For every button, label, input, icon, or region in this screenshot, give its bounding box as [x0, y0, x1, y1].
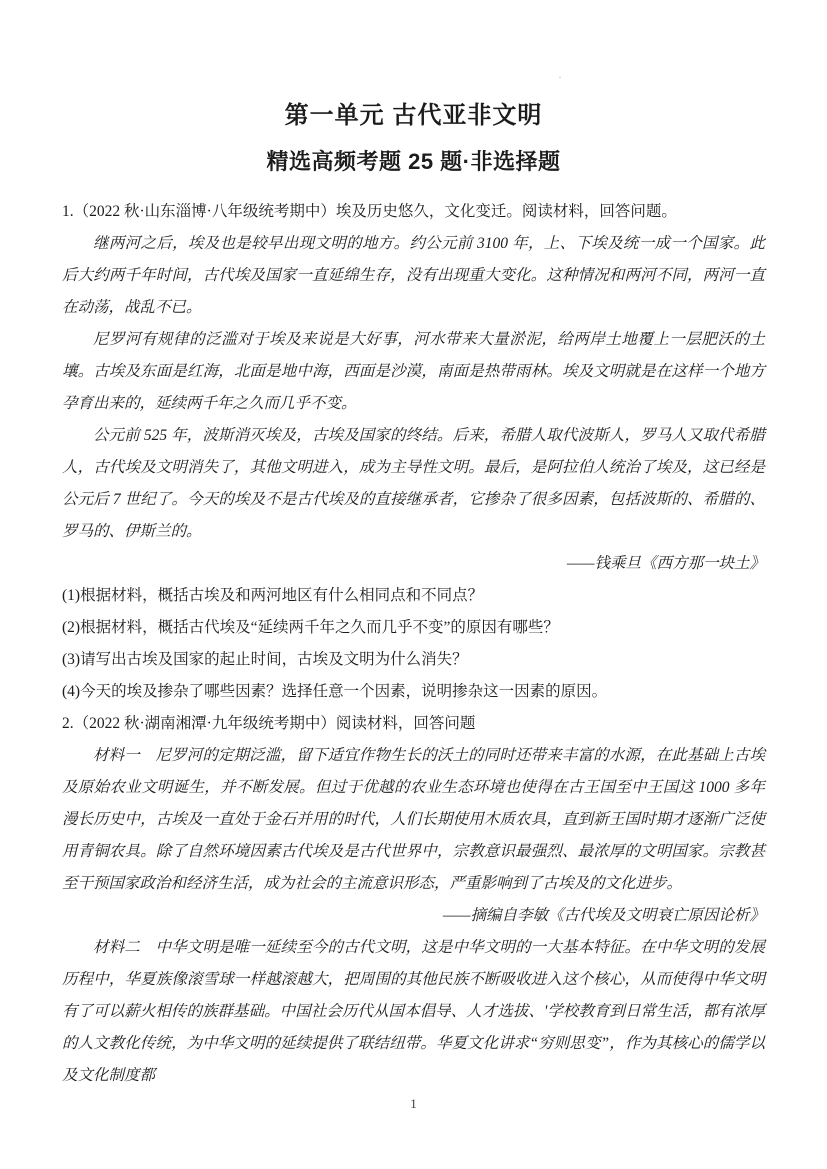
question-1-subquestion-3: (3)请写出古埃及国家的起止时间，古埃及文明为什么消失？: [62, 644, 765, 676]
question-1-material-paragraph-3: 公元前 525 年，波斯消灭埃及，古埃及国家的终结。后来，希腊人取代波斯人，罗马…: [62, 420, 765, 548]
question-2-material-one: 材料一 尼罗河的定期泛滥，留下适宜作物生长的沃土的同时还带来丰富的水源，在此基础…: [62, 740, 765, 900]
question-1-material-paragraph-2: 尼罗河有规律的泛滥对于埃及来说是大好事，河水带来大量淤泥，给两岸土地覆上一层肥沃…: [62, 324, 765, 420]
question-2-material-one-source: ——摘编自李敏《古代埃及文明衰亡原因论析》: [62, 900, 765, 932]
question-1-subquestion-2: (2)根据材料，概括古代埃及“延续两千年之久而几乎不变”的原因有哪些？: [62, 612, 765, 644]
page-number: 1: [0, 1096, 827, 1112]
question-1-source-citation: ——钱乘旦《西方那一块土》: [62, 548, 765, 580]
unit-title: 第一单元 古代亚非文明: [62, 0, 765, 138]
question-2-stem: 2.（2022 秋·湖南湘潭·九年级统考期中）阅读材料，回答问题: [62, 708, 765, 740]
doc-subtitle: 精选高频考题 25 题·非选择题: [62, 142, 765, 182]
question-1-material-paragraph-1: 继两河之后，埃及也是较早出现文明的地方。约公元前 3100 年，上、下埃及统一成…: [62, 228, 765, 324]
stray-dot-mark: ·: [558, 70, 562, 85]
question-1-subquestion-1: (1)根据材料，概括古埃及和两河地区有什么相同点和不同点？: [62, 580, 765, 612]
question-1-subquestion-4: (4)今天的埃及掺杂了哪些因素？选择任意一个因素，说明掺杂这一因素的原因。: [62, 676, 765, 708]
question-2-material-two: 材料二 中华文明是唯一延续至今的古代文明，这是中华文明的一大基本特征。在中华文明…: [62, 932, 765, 1092]
document-page: · 第一单元 古代亚非文明 精选高频考题 25 题·非选择题 1.（2022 秋…: [0, 0, 827, 1169]
question-1-stem: 1.（2022 秋·山东淄博·八年级统考期中）埃及历史悠久，文化变迁。阅读材料，…: [62, 196, 765, 228]
